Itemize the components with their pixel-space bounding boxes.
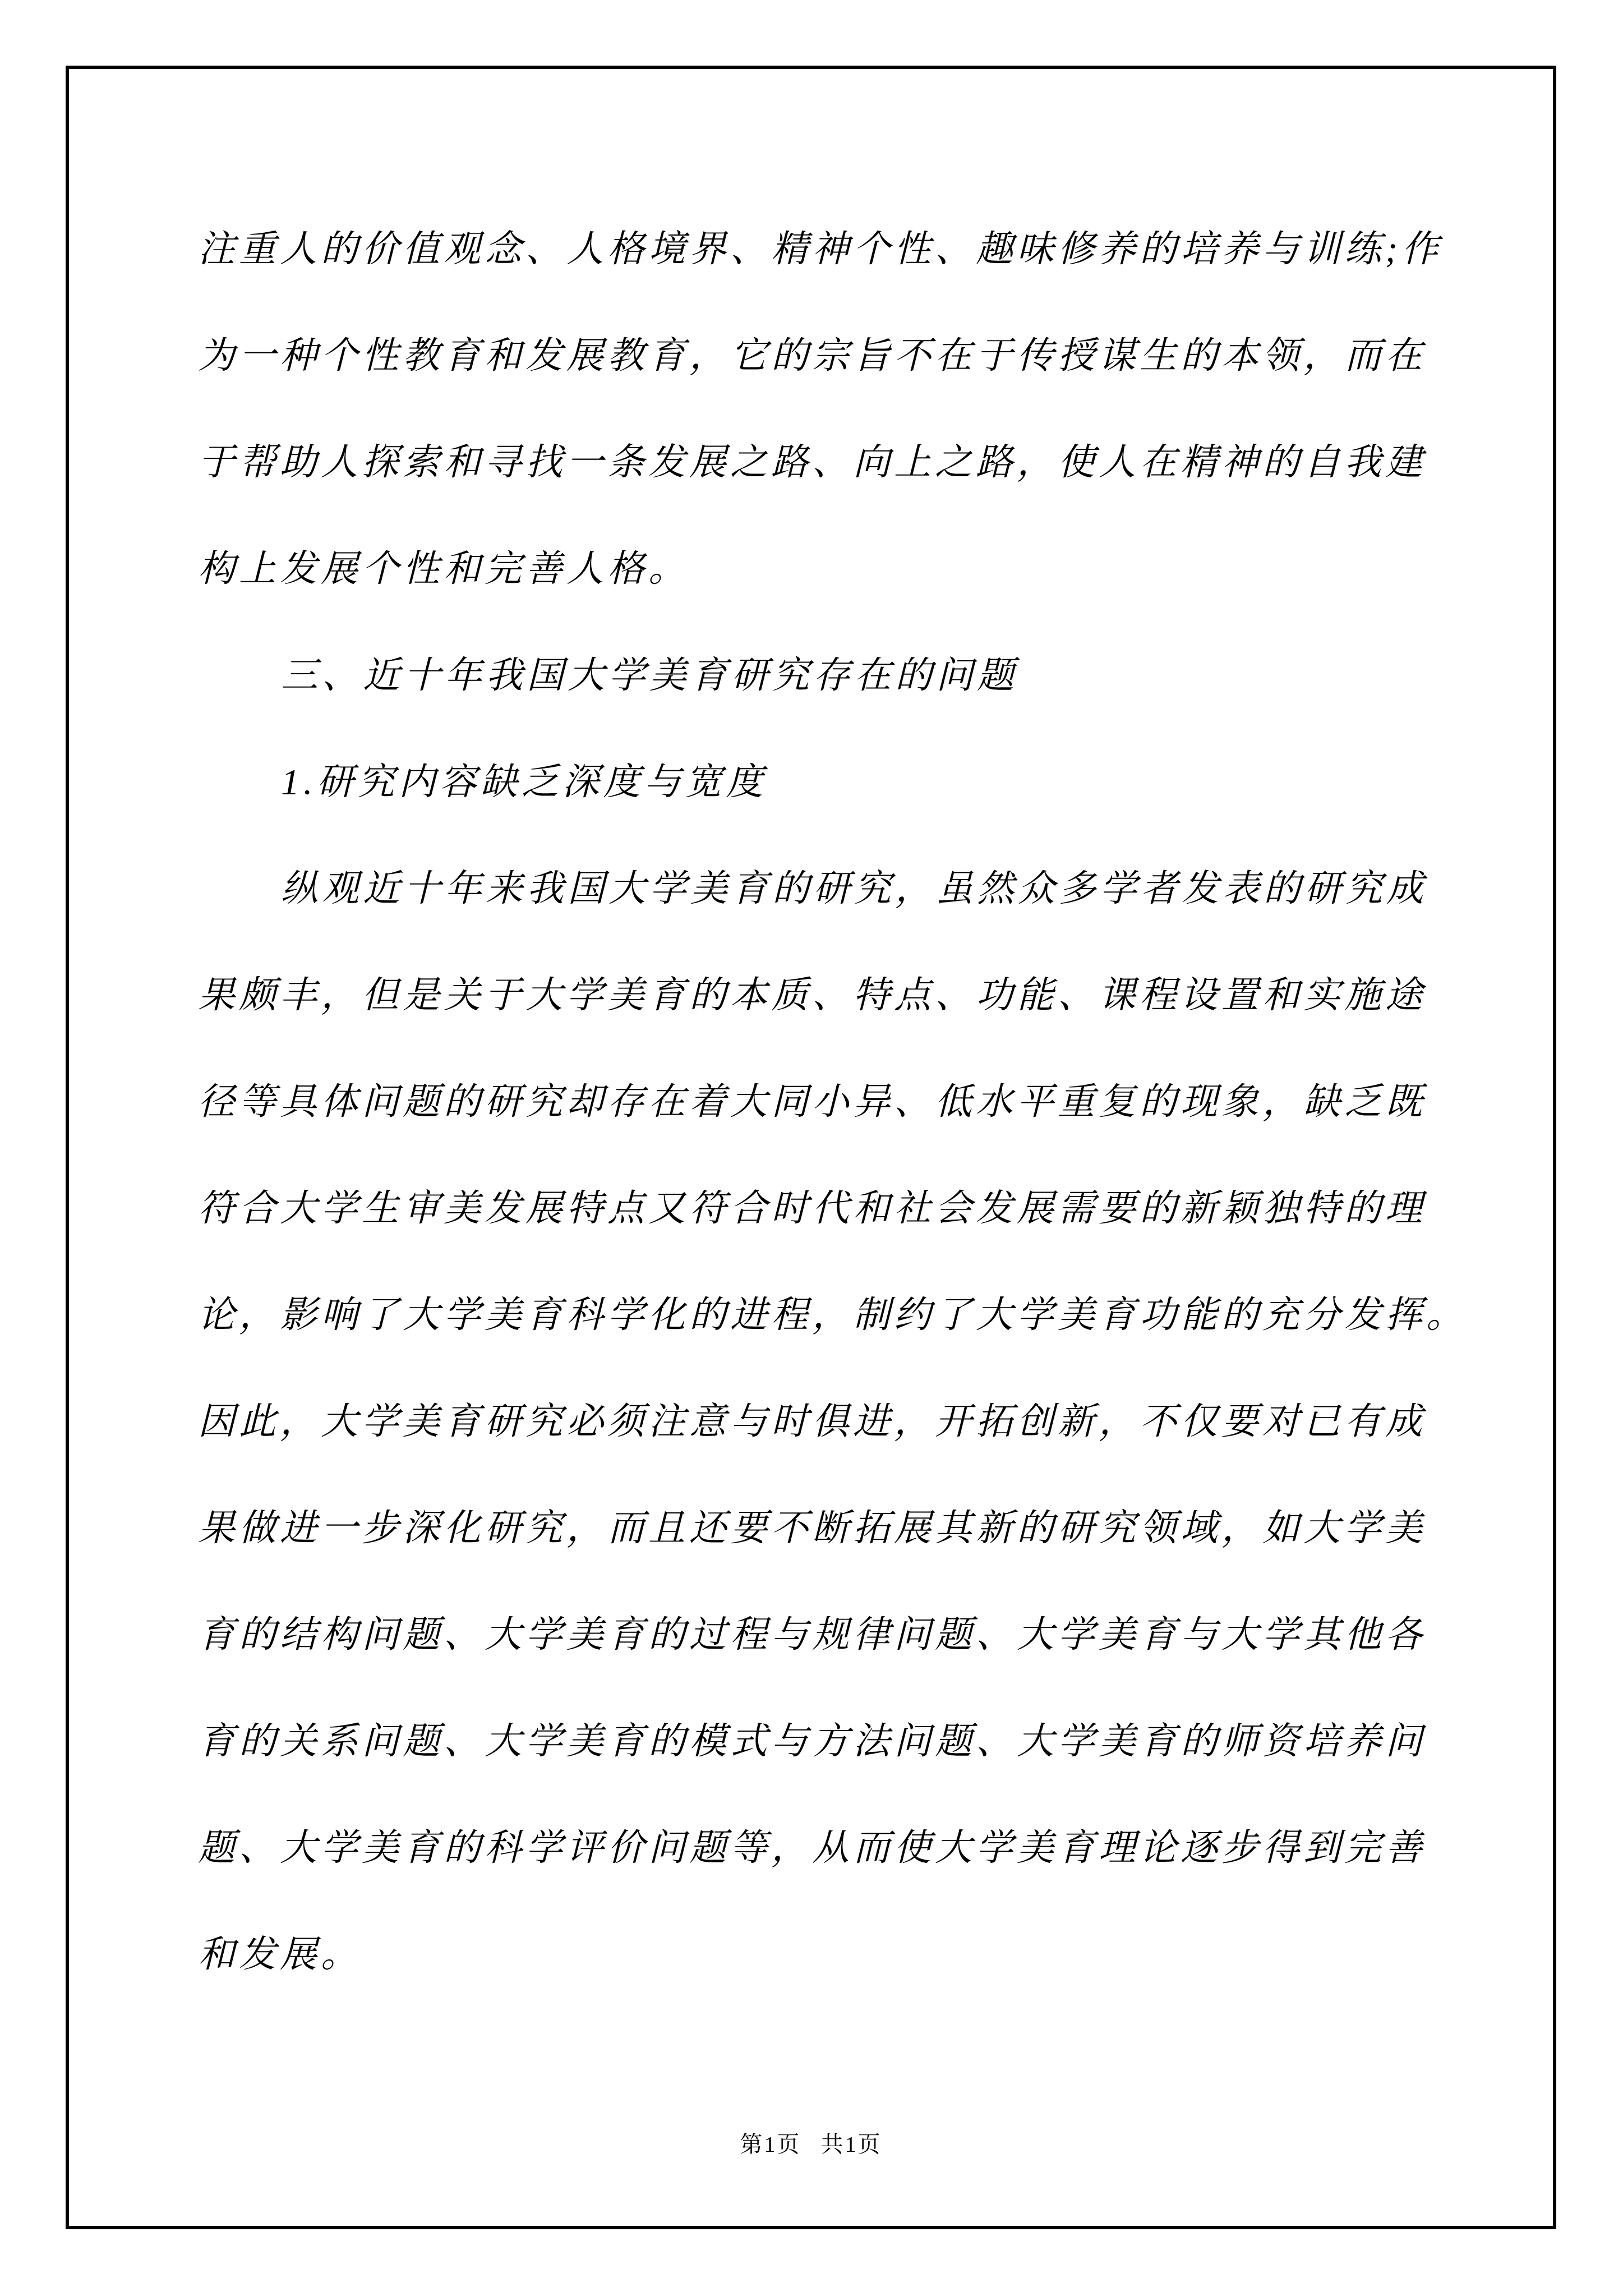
- text-line: 和发展。: [198, 1902, 1438, 2008]
- page-number: 第1页 共1页: [740, 2132, 882, 2157]
- text-line: 符合大学生审美发展特点又符合时代和社会发展需要的新颖独特的理: [198, 1156, 1438, 1262]
- text-line: 育的结构问题、大学美育的过程与规律问题、大学美育与大学其他各: [198, 1582, 1438, 1688]
- text-line: 纵观近十年来我国大学美育的研究，虽然众多学者发表的研究成: [198, 836, 1438, 942]
- text-line: 构上发展个性和完善人格。: [198, 516, 1438, 623]
- text-line: 为一种个性教育和发展教育，它的宗旨不在于传授谋生的本领，而在: [198, 303, 1438, 409]
- text-line: 注重人的价值观念、人格境界、精神个性、趣味修养的培养与训练;作: [198, 196, 1438, 303]
- text-line: 果做进一步深化研究，而且还要不断拓展其新的研究领域，如大学美: [198, 1475, 1438, 1582]
- page-footer: 第1页 共1页: [66, 2116, 1556, 2173]
- text-line: 于帮助人探索和寻找一条发展之路、向上之路，使人在精神的自我建: [198, 409, 1438, 516]
- document-text: 注重人的价值观念、人格境界、精神个性、趣味修养的培养与训练;作 为一种个性教育和…: [198, 196, 1438, 2008]
- document-page: 注重人的价值观念、人格境界、精神个性、趣味修养的培养与训练;作 为一种个性教育和…: [0, 0, 1623, 2296]
- text-line: 育的关系问题、大学美育的模式与方法问题、大学美育的师资培养问: [198, 1688, 1438, 1795]
- text-line: 论，影响了大学美育科学化的进程，制约了大学美育功能的充分发挥。: [198, 1262, 1438, 1369]
- text-line: 径等具体问题的研究却存在着大同小异、低水平重复的现象，缺乏既: [198, 1049, 1438, 1156]
- text-line: 果颇丰，但是关于大学美育的本质、特点、功能、课程设置和实施途: [198, 942, 1438, 1049]
- text-line: 因此，大学美育研究必须注意与时俱进，开拓创新，不仅要对已有成: [198, 1369, 1438, 1475]
- subsection-heading-line: 1.研究内容缺乏深度与宽度: [198, 729, 1438, 836]
- text-line: 题、大学美育的科学评价问题等，从而使大学美育理论逐步得到完善: [198, 1795, 1438, 1902]
- section-heading-line: 三、近十年我国大学美育研究存在的问题: [198, 623, 1438, 729]
